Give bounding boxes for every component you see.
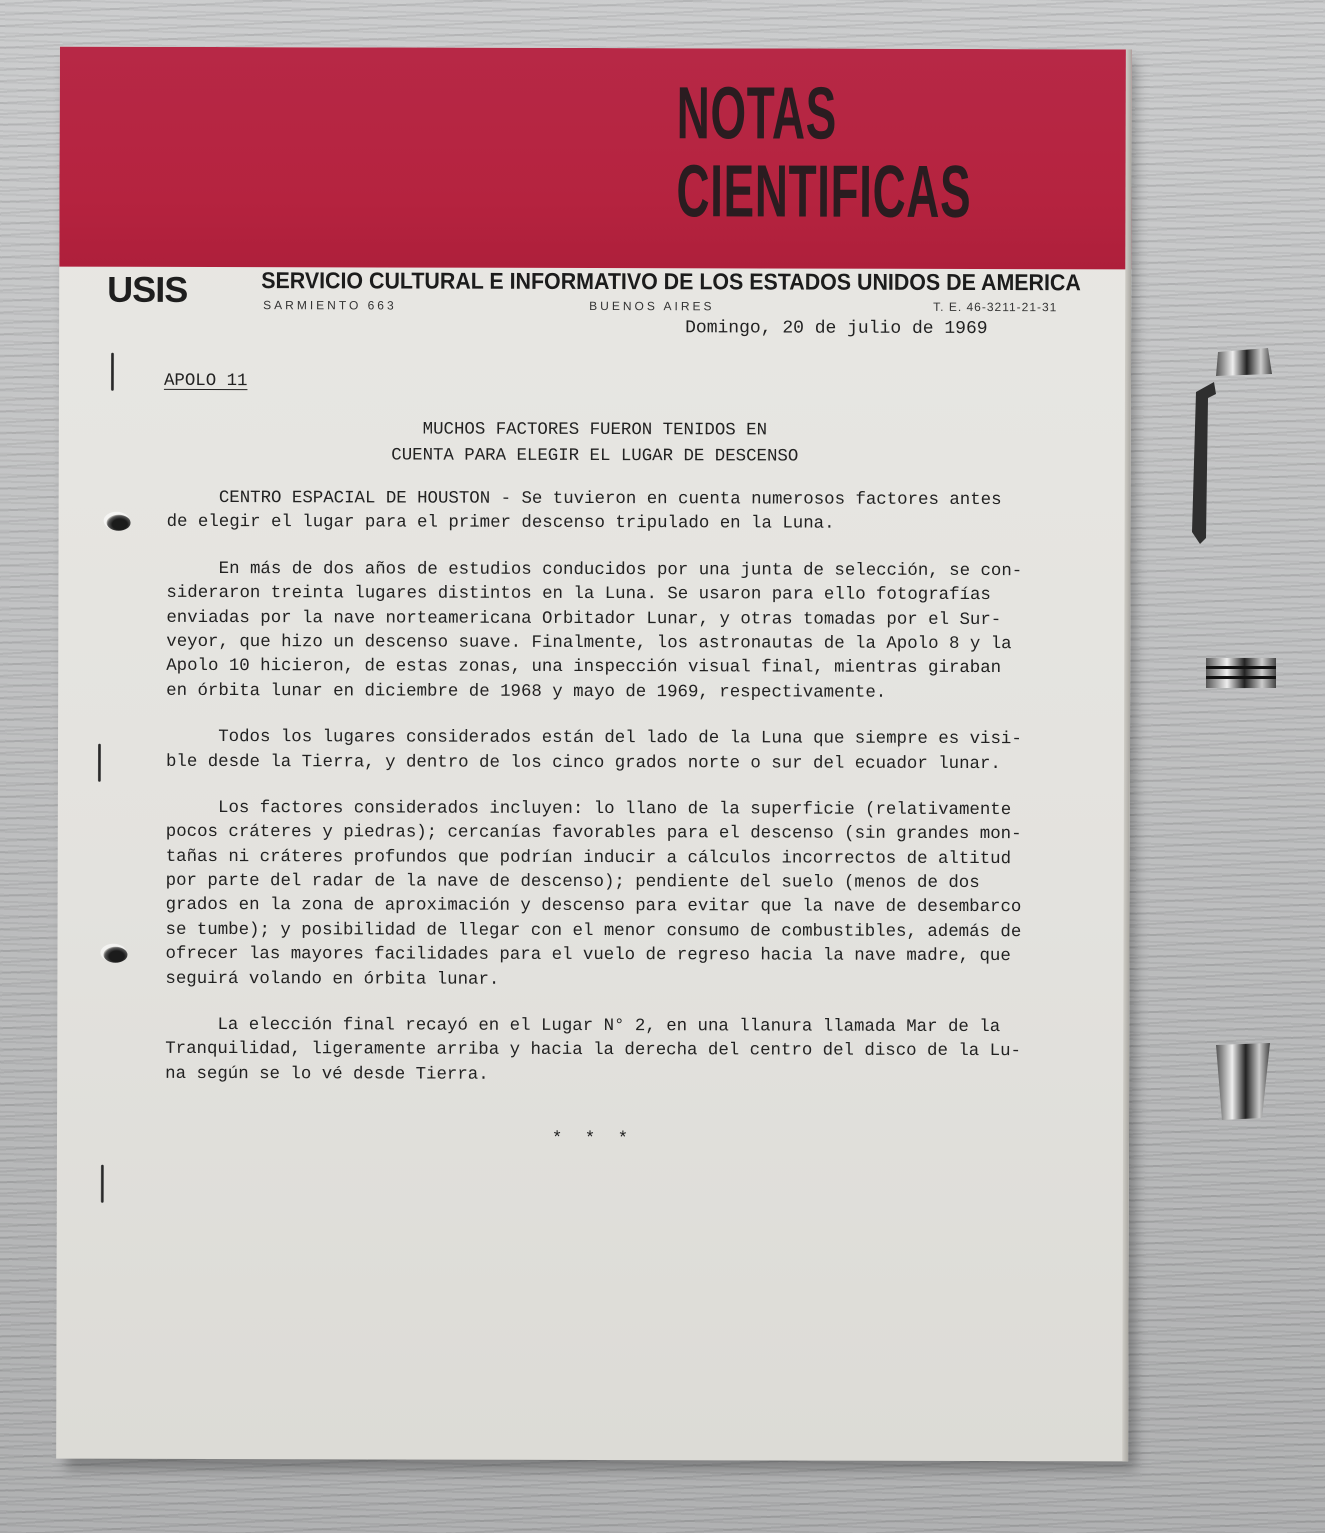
text-line: sideraron treinta lugares distintos en l… xyxy=(166,582,1086,609)
text-line: Todos los lugares considerados están del… xyxy=(166,726,1086,753)
title-banner: NOTAS CIENTIFICAS xyxy=(59,47,1132,270)
text-line: ofrecer las mayores facilidades para el … xyxy=(165,943,1085,970)
document-sheet: NOTAS CIENTIFICAS USIS SERVICIO CULTURAL… xyxy=(56,47,1132,1462)
text-line: seguirá volando en órbita lunar. xyxy=(165,968,1085,995)
text-line: na según se lo vé desde Tierra. xyxy=(165,1063,1085,1090)
city: BUENOS AIRES xyxy=(589,299,714,313)
phone-number: T. E. 46-3211-21-31 xyxy=(933,300,1057,314)
text-line: En más de dos años de estudios conducido… xyxy=(166,558,1086,585)
text-line: veyor, que hizo un descenso suave. Final… xyxy=(166,631,1086,658)
text-line: se tumbe); y posibilidad de llegar con e… xyxy=(166,919,1086,946)
paragraph: Todos los lugares considerados están del… xyxy=(166,726,1086,777)
text-line: ble desde la Tierra, y dentro de los cin… xyxy=(166,750,1086,777)
article-body: CENTRO ESPACIAL DE HOUSTON - Se tuvieron… xyxy=(165,487,1087,1112)
headline-line-1: MUCHOS FACTORES FUERON TENIDOS EN xyxy=(59,417,1131,446)
pen-clip xyxy=(1192,382,1216,544)
pen-barrel xyxy=(1210,688,1274,1045)
title-line-2: CIENTIFICAS xyxy=(676,152,971,231)
text-line: La elección final recayó en el Lugar N° … xyxy=(165,1014,1085,1041)
text-line: tañas ni cráteres profundos que podrían … xyxy=(166,846,1086,873)
text-line: pocos cráteres y piedras); cercanías fav… xyxy=(166,821,1086,848)
text-line: Los factores considerados incluyen: lo l… xyxy=(166,797,1086,824)
title-line-1: NOTAS xyxy=(677,74,972,153)
end-mark: * * * xyxy=(57,1129,1129,1151)
pen-cap xyxy=(1212,374,1274,660)
document-date: Domingo, 20 de julio de 1969 xyxy=(685,318,988,339)
text-line: CENTRO ESPACIAL DE HOUSTON - Se tuvieron… xyxy=(167,487,1087,514)
paragraph: La elección final recayó en el Lugar N° … xyxy=(165,1014,1085,1090)
pen-end-cap xyxy=(1216,1043,1270,1120)
section-label: APOLO 11 xyxy=(164,372,248,391)
text-line: Apolo 10 hicieron, de estas zonas, una i… xyxy=(166,655,1086,682)
staple xyxy=(111,353,114,391)
pen-band xyxy=(1206,658,1276,688)
staple xyxy=(101,1165,104,1203)
headline: MUCHOS FACTORES FUERON TENIDOS EN CUENTA… xyxy=(59,417,1131,472)
text-line: Tranquilidad, ligeramente arriba y hacia… xyxy=(165,1038,1085,1065)
fountain-pen xyxy=(1188,348,1276,1123)
paragraph: Los factores considerados incluyen: lo l… xyxy=(165,797,1086,995)
headline-line-2: CUENTA PARA ELEGIR EL LUGAR DE DESCENSO xyxy=(59,443,1131,472)
text-line: grados en la zona de aproximación y desc… xyxy=(166,894,1086,921)
paragraph: CENTRO ESPACIAL DE HOUSTON - Se tuvieron… xyxy=(167,487,1087,538)
organization-name: SERVICIO CULTURAL E INFORMATIVO DE LOS E… xyxy=(261,267,1081,296)
text-line: enviadas por la nave norteamericana Orbi… xyxy=(166,606,1086,633)
punch-hole xyxy=(107,515,131,531)
text-line: de elegir el lugar para el primer descen… xyxy=(167,511,1087,538)
publication-title: NOTAS CIENTIFICAS xyxy=(676,74,971,231)
text-line: en órbita lunar en diciembre de 1968 y m… xyxy=(166,680,1086,707)
punch-hole xyxy=(103,947,127,963)
paragraph: En más de dos años de estudios conducido… xyxy=(166,558,1086,707)
agency-logo: USIS xyxy=(107,269,187,311)
staple xyxy=(98,744,101,782)
text-line: por parte del radar de la nave de descen… xyxy=(166,870,1086,897)
street-address: SARMIENTO 663 xyxy=(263,298,397,312)
pen-cap-top xyxy=(1216,348,1272,376)
